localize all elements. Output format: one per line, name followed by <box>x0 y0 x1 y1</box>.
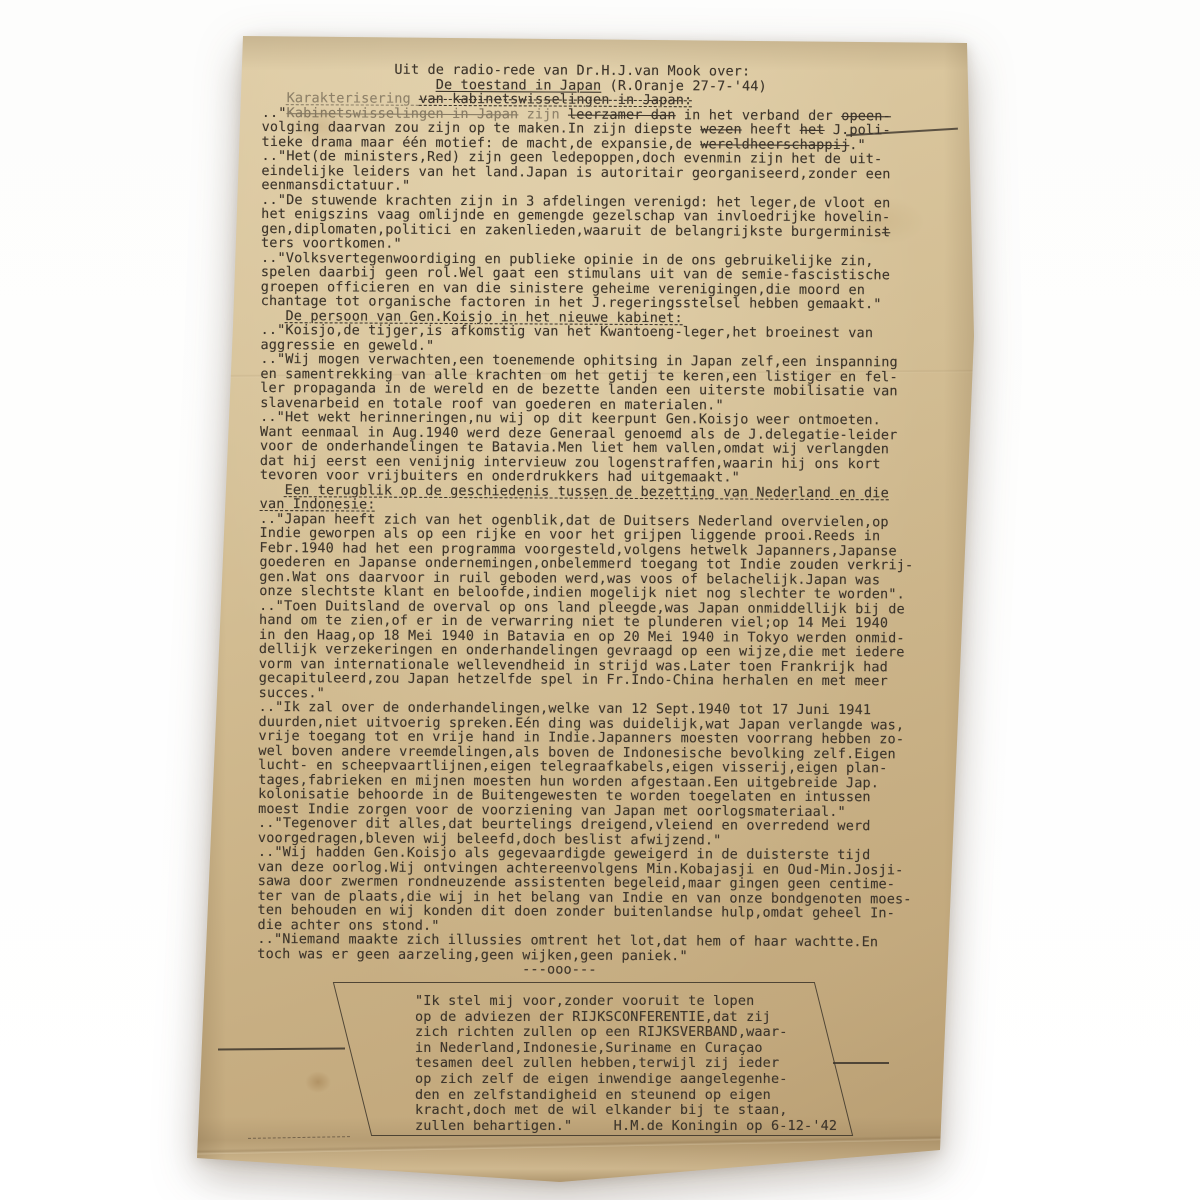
paper-stain <box>305 1071 331 1093</box>
typewritten-document-paper: Uit de radio-rede van Dr.H.J.van Mook ov… <box>195 36 975 1186</box>
text-segment: op zich zelf de eigen inwendige aangeleg… <box>415 1071 788 1087</box>
document-line: op zich zelf de eigen inwendige aangeleg… <box>415 1072 875 1088</box>
document-line: ---ooo--- <box>257 961 957 979</box>
text-segment: den en zelfstandigheid en steunend op ei… <box>415 1087 771 1103</box>
document-line: op de adviezen der RIJKSCONFERENTIE,dat … <box>415 1010 875 1026</box>
document-line: "Ik stel mij voor,zonder vooruit te lope… <box>415 994 875 1010</box>
document-line: tesamen deel zullen hebben,terwijl zij i… <box>415 1056 875 1072</box>
text-segment: "Ik stel mij voor,zonder vooruit te lope… <box>415 993 754 1009</box>
text-segment: ---ooo--- <box>257 960 596 978</box>
text-segment: kracht,doch met de wil elkander bij te s… <box>415 1102 788 1118</box>
typewritten-text: Uit de radio-rede van Dr.H.J.van Mook ov… <box>257 62 962 979</box>
paper-fold-crease <box>195 1135 975 1155</box>
text-segment: zich richten zullen op een RIJKSVERBAND,… <box>415 1024 788 1040</box>
text-segment: gecapituleerd,zou Japan hetzelfde spel i… <box>259 670 888 689</box>
document-line: den en zelfstandigheid en steunend op ei… <box>415 1088 875 1104</box>
text-segment: op de adviezen der RIJKSCONFERENTIE,dat … <box>415 1009 771 1025</box>
document-line: zullen behartigen." H.M.de Koningin op 6… <box>415 1119 875 1135</box>
text-segment: zijn <box>518 106 568 122</box>
text-segment: t <box>882 224 890 240</box>
document-line: zich richten zullen op een RIJKSVERBAND,… <box>415 1025 875 1041</box>
document-line: gecapituleerd,zou Japan hetzelfde spel i… <box>259 671 959 689</box>
text-segment: zullen behartigen." H.M.de Koningin op 6… <box>415 1118 837 1134</box>
text-segment: tesamen deel zullen hebben,terwijl zij i… <box>415 1055 779 1071</box>
quote-box-text: "Ik stel mij voor,zonder vooruit te lope… <box>415 994 875 1134</box>
photo-background: Uit de radio-rede van Dr.H.J.van Mook ov… <box>0 0 1200 1200</box>
pen-rule-line-left <box>218 1047 345 1050</box>
document-line: kracht,doch met de wil elkander bij te s… <box>415 1103 875 1119</box>
text-segment: Kabinetswisselingen in Japan <box>287 105 519 122</box>
text-segment: in Nederland,Indonesie,Suriname en Curaç… <box>415 1040 763 1056</box>
paper-shadow-wrap: Uit de radio-rede van Dr.H.J.van Mook ov… <box>0 0 1200 1200</box>
pen-dashed-line <box>248 1136 350 1139</box>
document-line: in Nederland,Indonesie,Suriname en Curaç… <box>415 1041 875 1057</box>
